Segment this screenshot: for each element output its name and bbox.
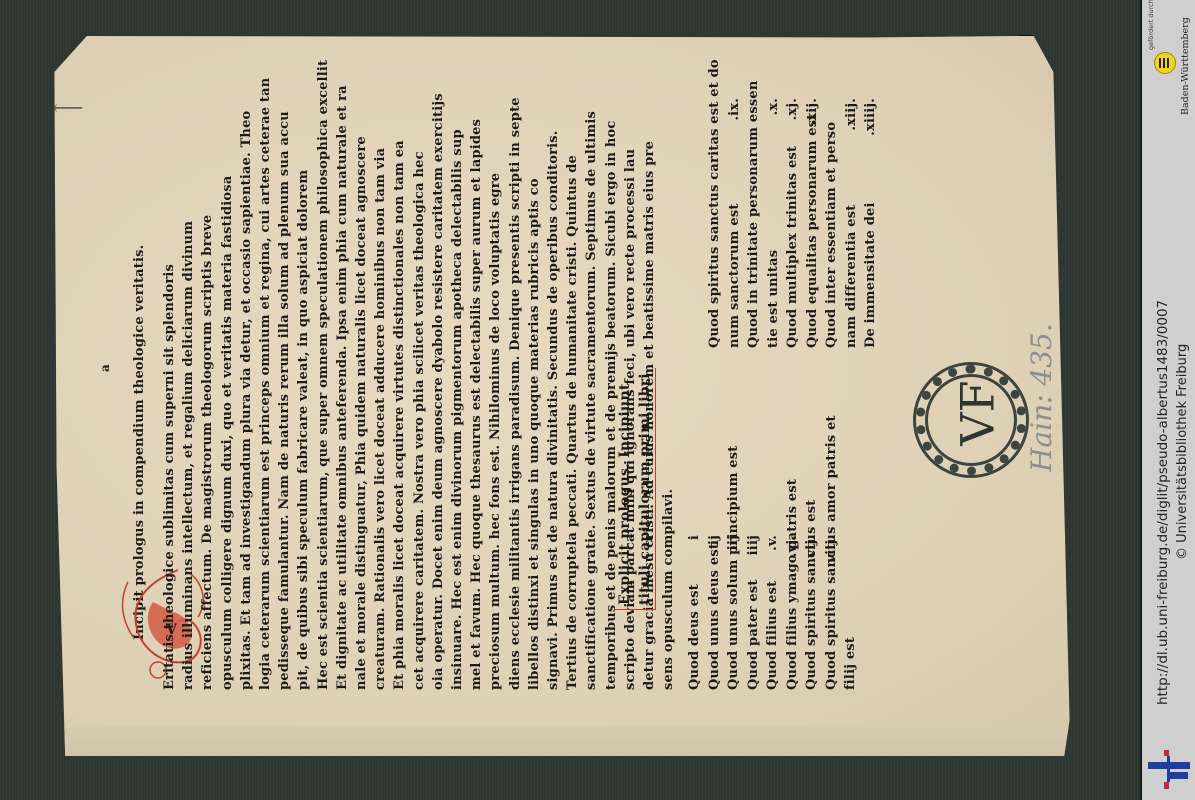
toc-row: Quod deus esti (685, 535, 705, 690)
toc-row: Quod multiplex trinitas est.xj. (783, 98, 803, 348)
toc-row: nam differentia est.xiij. (842, 98, 862, 348)
body-line: radius illuminans intellectum, et regali… (179, 60, 198, 690)
body-line: oia operatur. Docet enim deum agnoscere … (429, 60, 448, 690)
funded-by-label: gefördert durch (1147, 0, 1155, 50)
toc-row: Quod in trinitate personarum essen (744, 98, 764, 348)
body-line: mel et favum. Hec quoque thesaurus est d… (467, 60, 486, 690)
body-line: pit, de quibus sibi speculum fabricare v… (294, 60, 313, 690)
body-line: signavi. Primus est de natura divinitati… (544, 60, 563, 690)
copyright-notice: © Universitätsbibliothek Freiburg (1175, 344, 1190, 560)
body-line: Tertius de corruptela peccati. Quartus d… (563, 60, 582, 690)
toc-row: Quod equalitas personarum est.xij. (803, 98, 823, 348)
body-line: preciosum multum. hec fons est. Nihilomi… (486, 60, 505, 690)
body-line: logia ceterarum scientiarum est princeps… (256, 60, 275, 690)
body-line: insinuare. Hec est enim divinorum pigmen… (448, 60, 467, 690)
library-stamp-icon: VF (916, 365, 1026, 475)
explicit-line: tituli capitulorum primi libri. (635, 368, 655, 605)
toc-row: Quod filius ymago patris est.vj. (783, 535, 803, 690)
body-line: Hec est scientia scientiarum, que super … (314, 60, 333, 690)
toc-row: num sanctorum est.ix. (725, 98, 745, 348)
body-line: cet acquirere caritatem. Nostra vero phi… (410, 60, 429, 690)
baden-wuerttemberg-crest-icon (1154, 52, 1176, 74)
pencil-shelfmark-note: Hain: 435. (1025, 323, 1058, 472)
permalink-url[interactable]: http://dl.ub.uni-freiburg.de/diglit/pseu… (1155, 300, 1171, 705)
toc-row: Quod spiritus sanctus caritas est et do (705, 98, 725, 348)
stamp-letters: VF (951, 380, 1005, 445)
body-line: Et dignitate ac utilitate omnibus antefe… (333, 60, 352, 690)
toc-row: Quod filius est.v. (763, 535, 783, 690)
body-line: diens ecclesie militantis irrigans parad… (506, 60, 525, 690)
body-line: opusculum colligere dignum duxi, quo et … (218, 60, 237, 690)
funder-label: Baden-Württemberg (1180, 17, 1191, 115)
body-line: reficiens affectum. De magistrorum theol… (198, 60, 217, 690)
toc-row: De immensitate dei.xiiij. (861, 98, 881, 348)
prologue-body: Eritatis theologice sublimitas cum super… (160, 60, 678, 690)
toc-row: Quod pater estiiij (744, 535, 764, 690)
explicit-line: Explicit prologus. Incipiunt (615, 368, 635, 605)
body-line: creaturam. Rationalis vero licet doceat … (371, 60, 390, 690)
toc-row: Quod unus solum principium estiij (724, 535, 744, 690)
body-line: Et phia moralis licet doceat acquirere v… (390, 60, 409, 690)
toc-row: Quod unus deus estij (705, 535, 725, 690)
body-line: Eritatis theologice sublimitas cum super… (160, 60, 179, 690)
folio-mark: a (96, 364, 115, 372)
body-line: libellos distinxi et singulas in uno quo… (525, 60, 544, 690)
ub-freiburg-logo-icon (1148, 748, 1192, 790)
chapter-list-left: Quod deus esti Quod unus deus estij Quod… (685, 535, 861, 690)
body-line: pedisseque famulantur. Nam de naturis re… (275, 60, 294, 690)
toc-row: tie est unitas.x. (764, 98, 784, 348)
body-line: nale et morale distinguatur, Phia quidem… (352, 60, 371, 690)
chapter-list-right: Quod spiritus sanctus caritas est et do … (705, 98, 881, 348)
toc-row: Quod spiritus sanctus amor patris et.vii… (822, 535, 842, 690)
toc-row: Quod inter essentiam et perso (822, 98, 842, 348)
explicit-rubric: Explicit prologus. Incipiunt tituli capi… (615, 368, 656, 610)
corner-arrow-mark: ⟵ (52, 96, 84, 121)
body-line: sanctificatione gratie. Sextus de virtut… (582, 60, 601, 690)
body-line: plixitas. Et tam ad investigandum plura … (237, 60, 256, 690)
body-line: sens opusculum compilavi. (659, 60, 678, 690)
toc-row: Quod spiritus sanctus est.vij. (802, 535, 822, 690)
toc-row: filij est (841, 535, 861, 690)
